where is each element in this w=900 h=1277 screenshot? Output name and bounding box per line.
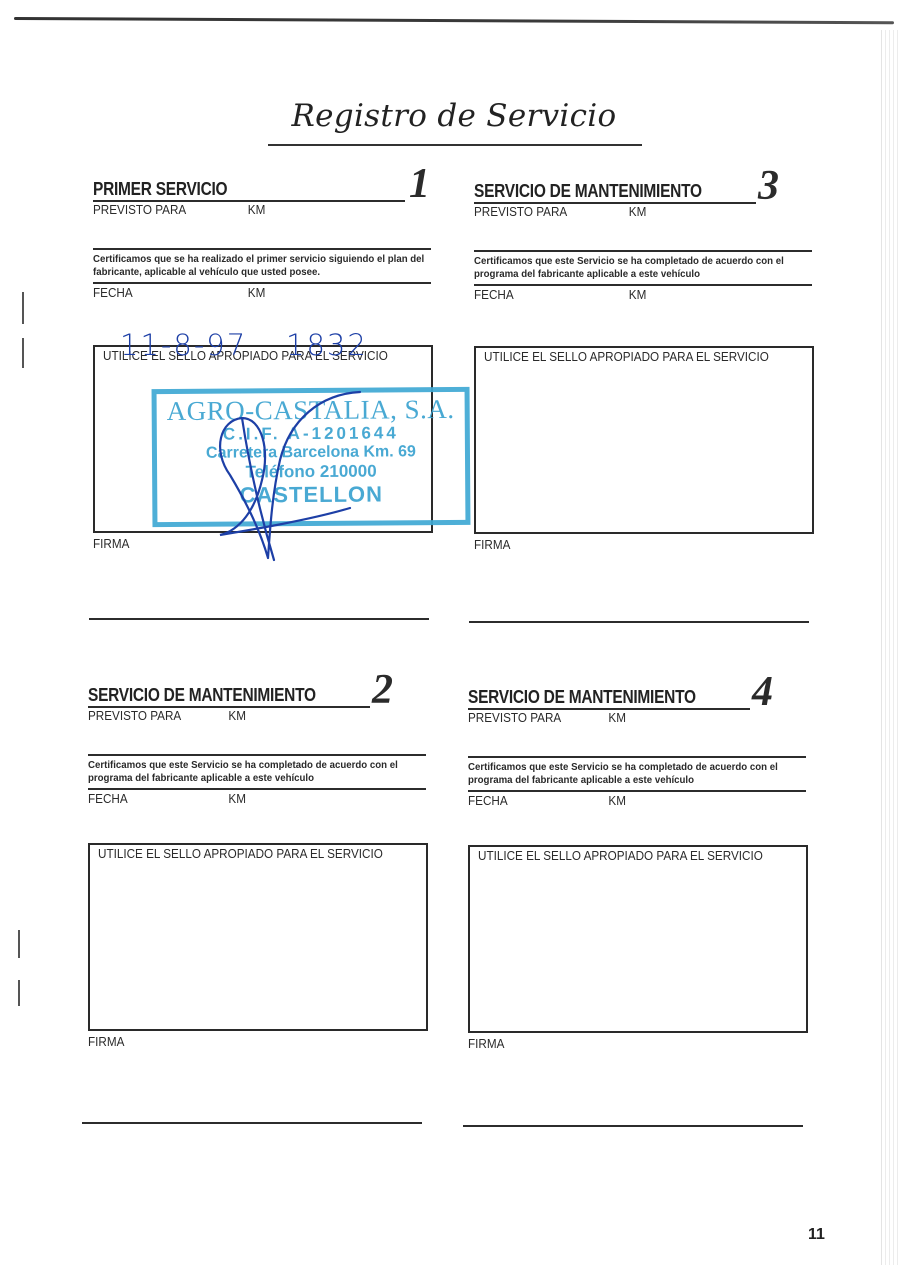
section-number: 3 [758, 162, 779, 210]
fecha-row: FECHA KM [88, 791, 399, 807]
section-title: SERVICIO DE MANTENIMIENTO [88, 685, 316, 706]
fecha-row: FECHA KM [474, 287, 785, 303]
page-title: Registro de Servicio [268, 98, 640, 134]
fecha-label: FECHA [93, 285, 133, 300]
divider [468, 756, 806, 758]
section-number: 1 [409, 160, 430, 208]
stamp-box[interactable]: UTILICE EL SELLO APROPIADO PARA EL SERVI… [474, 346, 814, 534]
km-label: KM [248, 202, 266, 217]
stamp-instruction: UTILICE EL SELLO APROPIADO PARA EL SERVI… [484, 349, 769, 364]
page-stack-edge [881, 30, 898, 1265]
service-section-2: SERVICIO DE MANTENIMIENTO 2 PREVISTO PAR… [88, 678, 433, 1049]
section-title: SERVICIO DE MANTENIMIENTO [474, 181, 702, 202]
km-label: KM [608, 710, 626, 725]
stamp-instruction: UTILICE EL SELLO APROPIADO PARA EL SERVI… [478, 848, 763, 863]
divider [93, 248, 431, 250]
handwritten-km: 1832 [286, 328, 368, 362]
firma-label: FIRMA [474, 537, 785, 552]
section-title: SERVICIO DE MANTENIMIENTO [468, 687, 696, 708]
firma-label: FIRMA [88, 1034, 399, 1049]
signature-line[interactable] [82, 1122, 422, 1124]
divider [88, 788, 426, 790]
km-label: KM [608, 793, 626, 808]
page-top-edge [14, 17, 894, 24]
previsto-para-label: PREVISTO PARA [88, 708, 181, 723]
service-section-4: SERVICIO DE MANTENIMIENTO 4 PREVISTO PAR… [468, 680, 813, 1051]
title-underline [268, 144, 642, 146]
certification-text: Certificamos que se ha realizado el prim… [93, 253, 433, 279]
fecha-row: FECHA KM [468, 793, 779, 809]
previsto-para-row: PREVISTO PARA KM [93, 202, 404, 218]
certification-text: Certificamos que este Servicio se ha com… [474, 255, 814, 281]
divider [468, 790, 806, 792]
page-number: 11 [808, 1226, 825, 1244]
previsto-para-label: PREVISTO PARA [93, 202, 186, 217]
section-title: PRIMER SERVICIO [93, 179, 227, 200]
previsto-para-row: PREVISTO PARA KM [468, 710, 779, 726]
signature-line[interactable] [463, 1125, 803, 1127]
km-label: KM [629, 204, 647, 219]
previsto-para-row: PREVISTO PARA KM [88, 708, 399, 724]
certification-text: Certificamos que este Servicio se ha com… [468, 761, 808, 787]
binding-mark [22, 338, 24, 368]
signature-scribble [200, 380, 380, 565]
handwritten-date: 11-8-97 [120, 328, 247, 362]
signature-line[interactable] [469, 621, 809, 623]
previsto-para-row: PREVISTO PARA KM [474, 204, 785, 220]
km-label: KM [228, 791, 246, 806]
binding-mark [18, 930, 20, 958]
divider [474, 284, 812, 286]
service-section-3: SERVICIO DE MANTENIMIENTO 3 PREVISTO PAR… [474, 174, 819, 552]
section-number: 2 [372, 666, 393, 714]
stamp-box[interactable]: UTILICE EL SELLO APROPIADO PARA EL SERVI… [468, 845, 808, 1033]
signature-line[interactable] [89, 618, 429, 620]
fecha-row: FECHA KM [93, 285, 404, 301]
binding-mark [18, 980, 20, 1006]
km-label: KM [248, 285, 266, 300]
divider [88, 754, 426, 756]
divider [93, 282, 431, 284]
firma-label: FIRMA [468, 1036, 779, 1051]
km-label: KM [629, 287, 647, 302]
fecha-label: FECHA [474, 287, 514, 302]
section-number: 4 [752, 668, 773, 716]
previsto-para-label: PREVISTO PARA [474, 204, 567, 219]
stamp-box[interactable]: UTILICE EL SELLO APROPIADO PARA EL SERVI… [88, 843, 428, 1031]
fecha-label: FECHA [468, 793, 508, 808]
certification-text: Certificamos que este Servicio se ha com… [88, 759, 428, 785]
previsto-para-label: PREVISTO PARA [468, 710, 561, 725]
km-label: KM [228, 708, 246, 723]
binding-mark [22, 292, 24, 324]
stamp-instruction: UTILICE EL SELLO APROPIADO PARA EL SERVI… [98, 846, 383, 861]
divider [474, 250, 812, 252]
fecha-label: FECHA [88, 791, 128, 806]
